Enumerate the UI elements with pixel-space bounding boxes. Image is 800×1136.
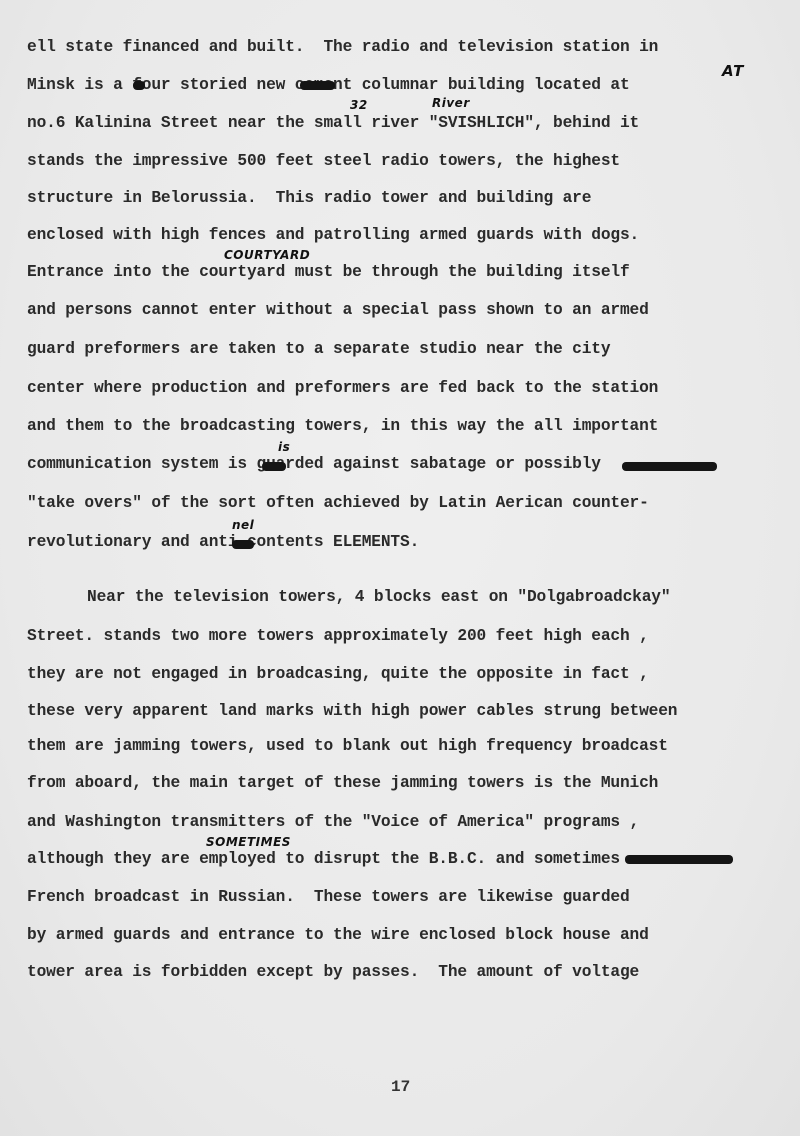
text-line: these very apparent land marks with high… [27,701,677,721]
text-line: Street. stands two more towers approxima… [27,626,649,646]
text-line: communication system is guarded against … [27,454,601,474]
text-line: from aboard, the main target of these ja… [27,773,658,793]
handwritten-annotation: COURTYARD [224,248,310,262]
text-line: enclosed with high fences and patrolling… [27,225,639,245]
text-line: they are not engaged in broadcasing, qui… [27,664,649,684]
text-line: French broadcast in Russian. These tower… [27,887,630,907]
handwritten-annotation: AT [722,62,744,80]
strikeout-blot [232,540,254,549]
text-line: structure in Belorussia. This radio towe… [27,188,591,208]
document-page: ell state financed and built. The radio … [0,0,800,1136]
text-line: Near the television towers, 4 blocks eas… [87,587,670,607]
text-line: stands the impressive 500 feet steel rad… [27,151,620,171]
text-line: ell state financed and built. The radio … [27,37,658,57]
handwritten-annotation: River [432,96,470,110]
text-line: tower area is forbidden except by passes… [27,962,639,982]
text-line: and persons cannot enter without a speci… [27,300,649,320]
text-line: although they are employed to disrupt th… [27,849,620,869]
text-line: guard preformers are taken to a separate… [27,339,610,359]
handwritten-annotation: is [278,440,290,454]
page-number: 17 [391,1078,410,1096]
text-line: "take overs" of the sort often achieved … [27,493,649,513]
text-line: Entrance into the courtyard must be thro… [27,262,630,282]
handwritten-annotation: SOMETIMES [206,835,291,849]
text-line: revolutionary and anti-contents ELEMENTS… [27,532,419,552]
text-line: and them to the broadcasting towers, in … [27,416,658,436]
handwritten-annotation: 32 [350,98,368,112]
strikeout-blot [300,81,335,90]
strikeout-blot [625,855,733,864]
strikeout-blot [622,462,717,471]
text-line: and Washington transmitters of the "Voic… [27,812,639,832]
text-line: no.6 Kalinina Street near the small rive… [27,113,639,133]
text-line: by armed guards and entrance to the wire… [27,925,649,945]
handwritten-annotation: nel [232,518,254,532]
text-line: them are jamming towers, used to blank o… [27,736,668,756]
text-line: center where production and preformers a… [27,378,658,398]
strikeout-blot [262,462,286,471]
strikeout-blot [133,81,145,90]
